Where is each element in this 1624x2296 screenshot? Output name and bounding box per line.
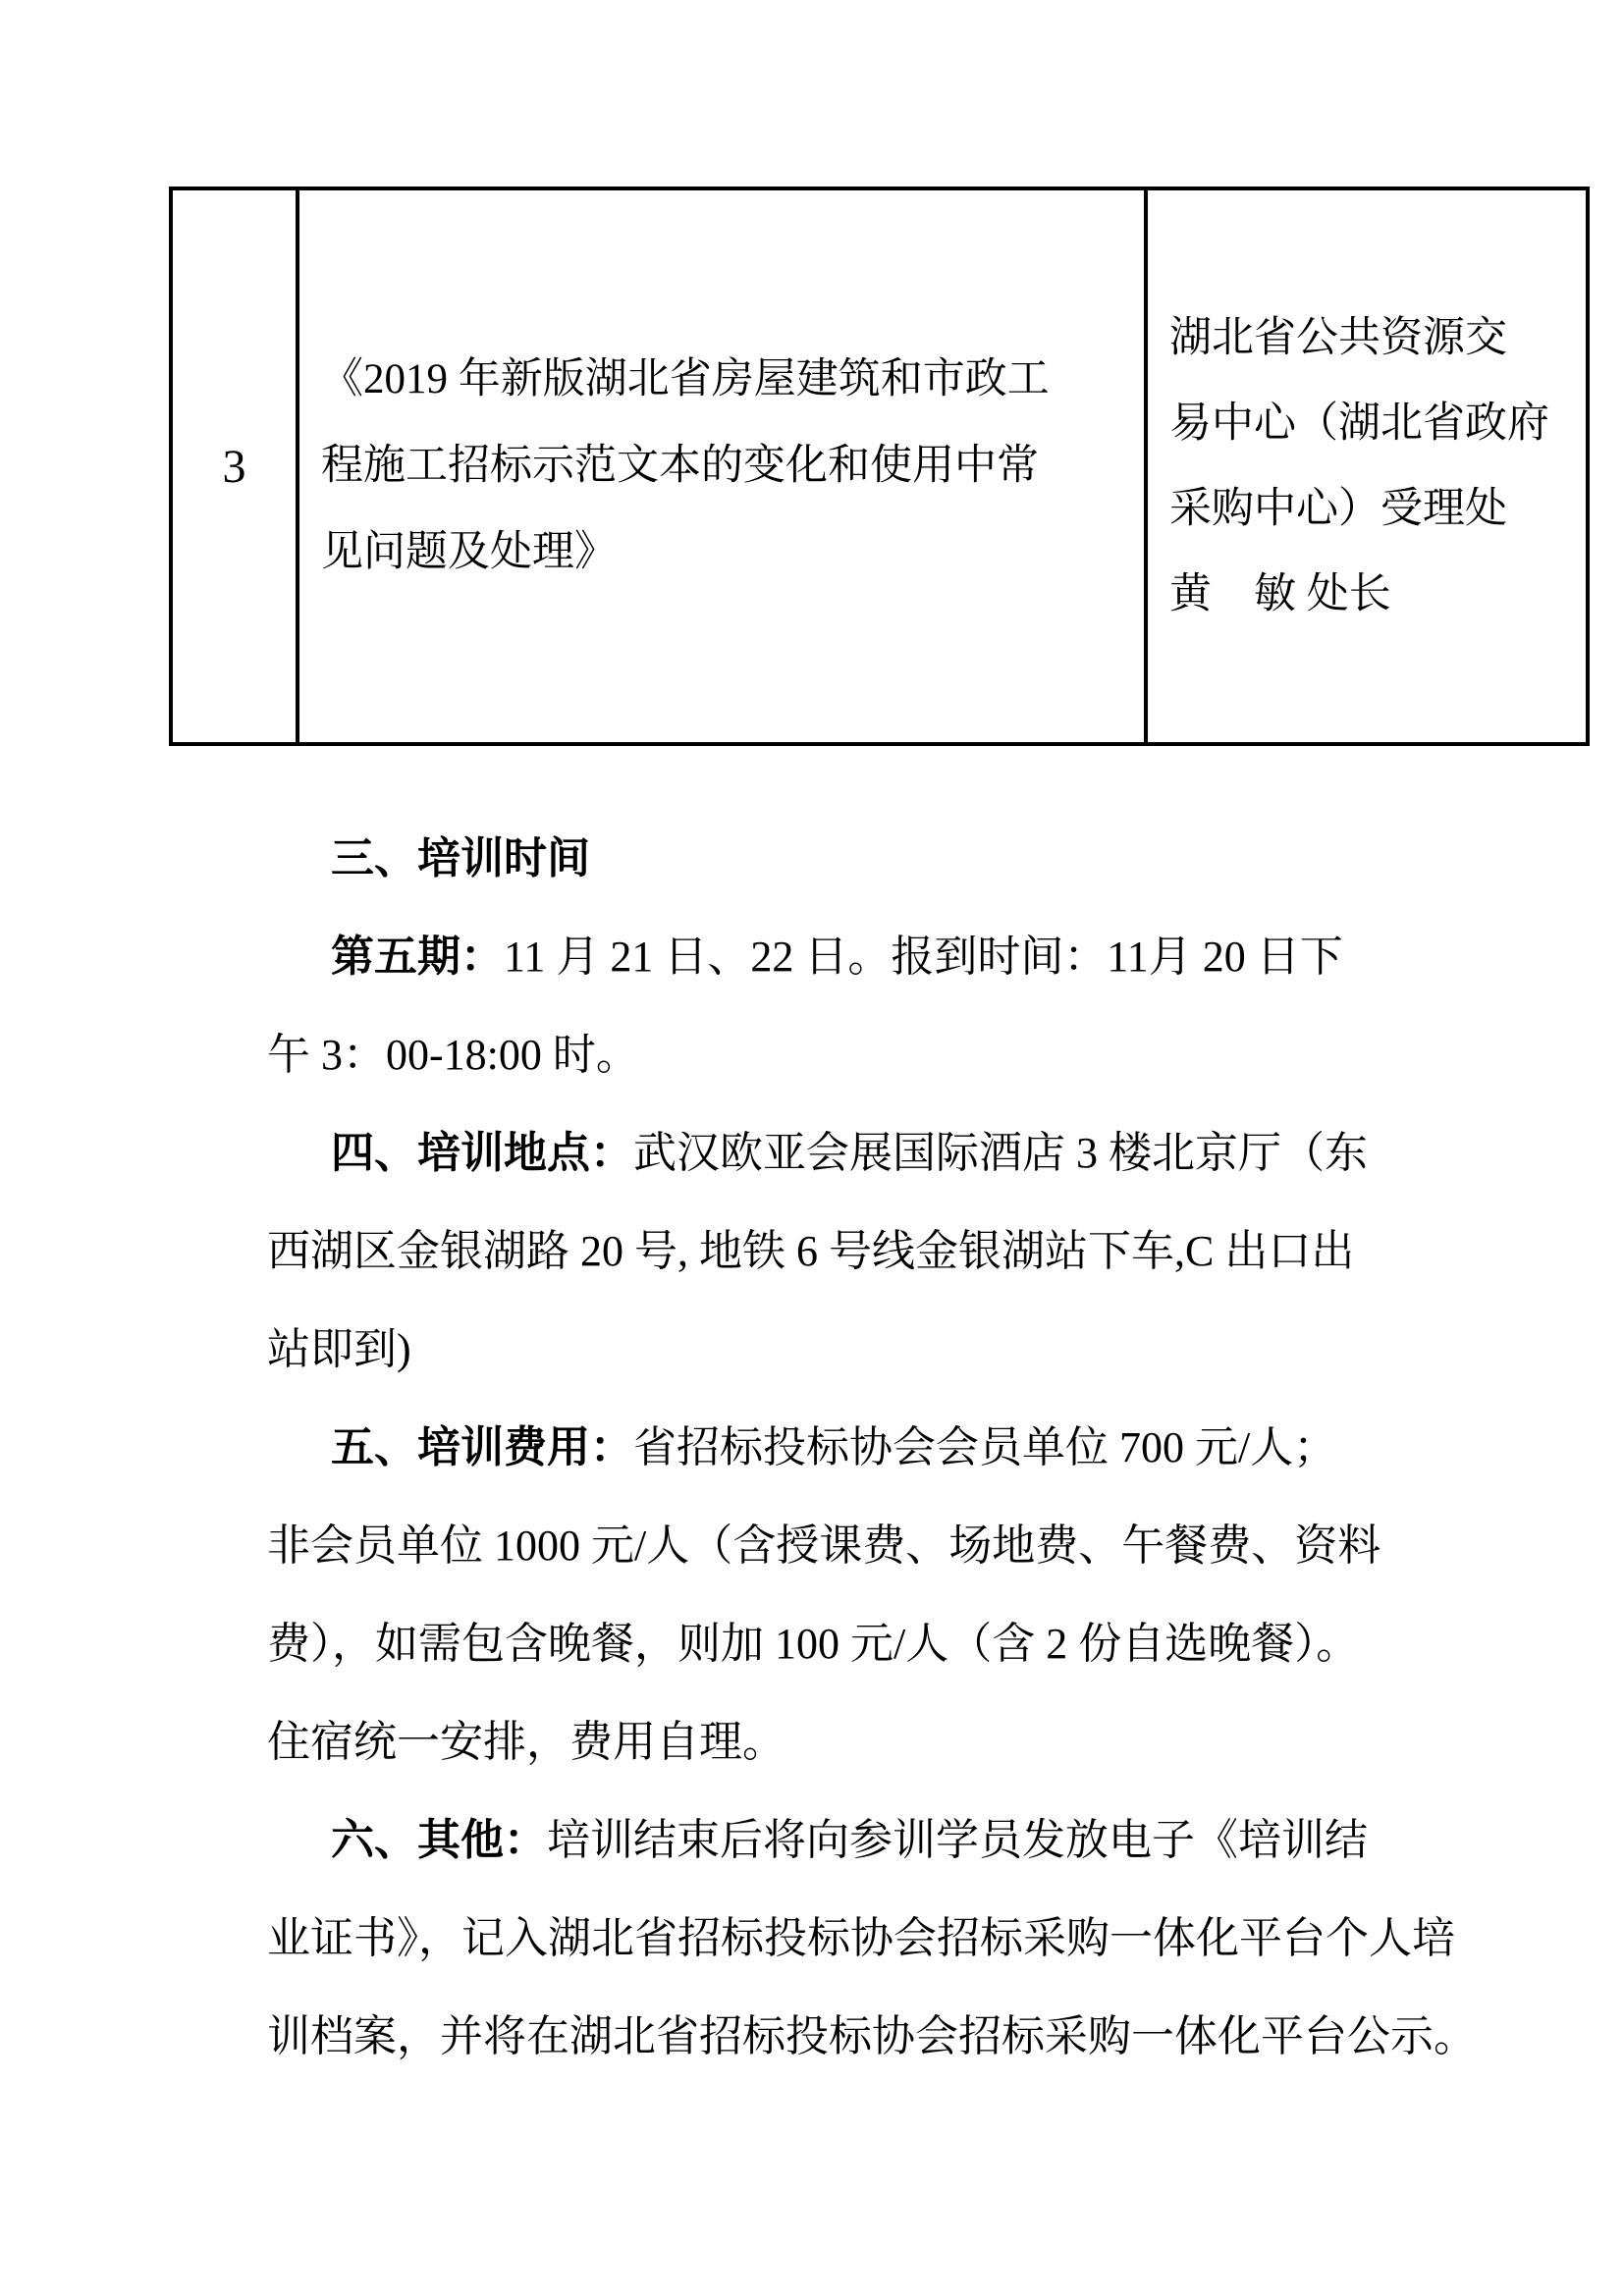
paragraph-session-time: 第五期：11 月 21 日、22 日。报到时间：11月 20 日下 午 3：00… xyxy=(267,908,1480,1104)
paragraph-lead: 四、培训地点： xyxy=(331,1129,633,1177)
section-heading-training-time: 三、培训时间 xyxy=(267,810,1480,908)
cell-row-number: 3 xyxy=(171,188,298,744)
body-text: 三、培训时间第五期：11 月 21 日、22 日。报到时间：11月 20 日下 … xyxy=(267,810,1480,2086)
paragraph-lead: 三、培训时间 xyxy=(331,834,590,882)
cell-instructor: 湖北省公共资源交 易中心（湖北省政府 采购中心）受理处 黄 敏 处长 xyxy=(1146,188,1588,744)
paragraph-other: 六、其他：培训结束后将向参训学员发放电子《培训结 业证书》，记入湖北省招标投标协… xyxy=(267,1791,1480,2086)
paragraph-lead: 六、其他： xyxy=(331,1816,547,1864)
table-row: 3《2019 年新版湖北省房屋建筑和市政工 程施工招标示范文本的变化和使用中常 … xyxy=(171,188,1588,744)
course-schedule-table: 3《2019 年新版湖北省房屋建筑和市政工 程施工招标示范文本的变化和使用中常 … xyxy=(169,187,1590,746)
document-page: 3《2019 年新版湖北省房屋建筑和市政工 程施工招标示范文本的变化和使用中常 … xyxy=(0,0,1624,2296)
paragraph-lead: 五、培训费用： xyxy=(331,1423,633,1471)
paragraph-text: 省招标投标协会会员单位 700 元/人； 非会员单位 1000 元/人（含授课费… xyxy=(267,1423,1380,1766)
paragraph-lead: 第五期： xyxy=(331,933,504,981)
paragraph-training-fee: 五、培训费用：省招标投标协会会员单位 700 元/人； 非会员单位 1000 元… xyxy=(267,1399,1480,1791)
paragraph-training-location: 四、培训地点：武汉欧亚会展国际酒店 3 楼北京厅（东 西湖区金银湖路 20 号,… xyxy=(267,1104,1480,1399)
cell-course-title: 《2019 年新版湖北省房屋建筑和市政工 程施工招标示范文本的变化和使用中常 见… xyxy=(298,188,1146,744)
